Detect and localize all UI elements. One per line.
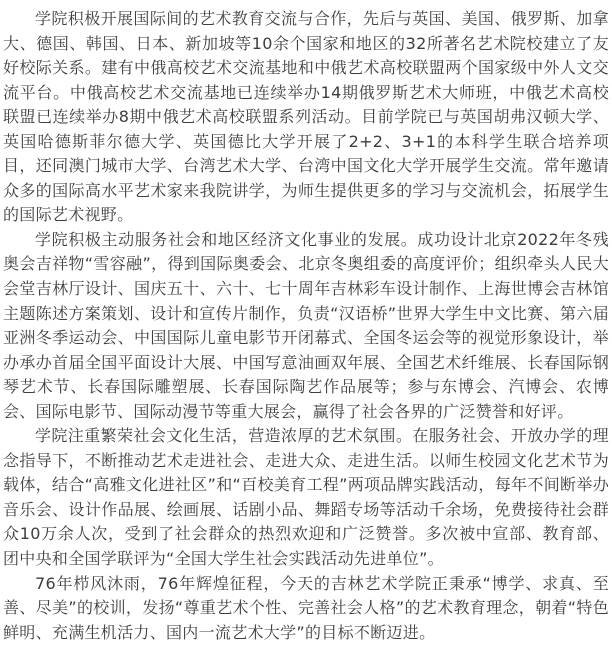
document-page: 学院积极开展国际间的艺术教育交流与合作，先后与英国、美国、俄罗斯、加拿大、德国、… [0, 0, 612, 651]
paragraph-closing-vision: 76年栉风沐雨，76年辉煌征程，今天的吉林艺术学院正秉承“博学、求真、至善、尽美… [3, 572, 609, 646]
paragraph-social-service: 学院积极主动服务社会和地区经济文化事业的发展。成功设计北京2022年冬残奥会吉祥… [3, 228, 609, 424]
paragraph-international-exchange: 学院积极开展国际间的艺术教育交流与合作，先后与英国、美国、俄罗斯、加拿大、德国、… [3, 7, 609, 228]
paragraph-cultural-life: 学院注重繁荣社会文化生活，营造浓厚的艺术氛围。在服务社会、开放办学的理念指导下，… [3, 424, 609, 571]
